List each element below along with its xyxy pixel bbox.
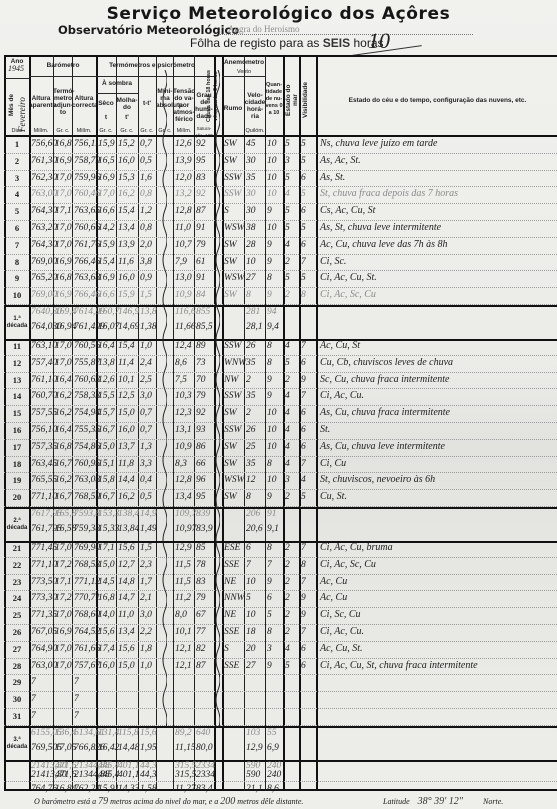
- cell-vel: 26: [246, 425, 256, 435]
- wet-header: Molha-do: [116, 97, 138, 111]
- cell-dry: 12,6: [98, 375, 115, 385]
- cell-diff: 2,0: [140, 240, 152, 250]
- day-number: 1: [6, 139, 28, 149]
- cell-hum: 89: [196, 341, 206, 351]
- day-number: 15: [6, 408, 28, 418]
- cell-vel: 10: [246, 610, 256, 620]
- cell-cl: 9: [267, 577, 272, 587]
- summary-mean-vel: 20,6: [246, 524, 263, 534]
- cell-wet: 15,9: [118, 290, 135, 300]
- cell-sea: 2: [285, 577, 290, 587]
- summary-mean-vel: 28,1: [246, 322, 263, 332]
- barometer-note-text: O barómetro está a: [34, 797, 96, 806]
- cell-cl: 10: [267, 139, 277, 149]
- day-number: 31: [6, 711, 28, 721]
- cell-bt: 17,0: [55, 610, 72, 620]
- cell-sea: 5: [285, 223, 290, 233]
- remarks-cell: As, Ac, St.: [320, 155, 361, 166]
- cell-wet: 16,2: [118, 492, 135, 502]
- cell-vel: 6: [246, 543, 251, 553]
- day-number: 28: [6, 661, 28, 671]
- cell-hum: 96: [196, 475, 206, 485]
- cell-vis: 6: [301, 408, 306, 418]
- cell-dry: 15,0: [98, 560, 115, 570]
- summary-mean-diff: 1,49: [140, 524, 157, 534]
- cell-bt: 17,1: [55, 206, 72, 216]
- cell-diff: 0,9: [140, 273, 152, 283]
- cell-vis: 9: [301, 610, 306, 620]
- cell-bc: 754,94: [74, 408, 100, 418]
- cell-sea: 2: [285, 627, 290, 637]
- cell-bc: 769,90: [74, 543, 100, 553]
- cell-dir: SW: [224, 492, 237, 502]
- cell-cl: 9: [267, 375, 272, 385]
- summary-sum-hum: 839: [196, 509, 210, 519]
- dry-header: Sêco: [96, 100, 116, 107]
- cell-wet: 13,4: [118, 627, 135, 637]
- cell-vis: 7: [301, 627, 306, 637]
- cell-cl: 8: [267, 459, 272, 469]
- cell-bt: 17,0: [55, 173, 72, 183]
- cell-bc: 761,76: [74, 240, 100, 250]
- cell-sea: 4: [285, 459, 290, 469]
- cell-vel: 2: [246, 408, 251, 418]
- day-number: 7: [6, 240, 28, 250]
- cell-vis: 8: [301, 560, 306, 570]
- cell-vis: 7: [301, 543, 306, 553]
- cell-hum: 92: [196, 139, 206, 149]
- cell-dry: 16,6: [98, 206, 115, 216]
- cell-diff: 1,5: [140, 543, 152, 553]
- cell-cl: 9: [267, 492, 272, 502]
- cell-hum: 73: [196, 358, 206, 368]
- cell-vis: 5: [301, 223, 306, 233]
- cell-sea: 5: [285, 173, 290, 183]
- cell-hum: 86: [196, 442, 206, 452]
- cell-dir: WSW: [224, 223, 245, 233]
- cell-baro: 769,00: [31, 290, 57, 300]
- cell-dir: SW: [224, 408, 237, 418]
- day-number: 11: [6, 341, 28, 351]
- cell-vel: 45: [246, 139, 256, 149]
- cell-diff: 2,2: [140, 627, 152, 637]
- cell-vap: 13,9: [175, 156, 192, 166]
- cell-vis: 6: [301, 442, 306, 452]
- day-number: 22: [6, 560, 28, 570]
- cell-dir: SW: [224, 139, 237, 149]
- cell-vap: 11,5: [175, 560, 191, 570]
- cell-wet: 13,9: [118, 240, 135, 250]
- cell-hum: 83: [196, 577, 206, 587]
- cell-vap: 11,0: [175, 223, 191, 233]
- cell-dry: 15,0: [98, 442, 115, 452]
- day-number: 18: [6, 459, 28, 469]
- cell-baro: 7: [31, 711, 36, 721]
- cell-hum: 87: [196, 661, 206, 671]
- remarks-cell: Sc, Cu, chuva fraca intermitente: [320, 374, 449, 385]
- cell-dry: 16,9: [98, 273, 115, 283]
- remarks-cell: St, chuva fraca depois das 7 horas: [320, 188, 458, 199]
- barometer-distance: 200: [220, 796, 235, 807]
- cell-bt: 16,2: [55, 391, 72, 401]
- cell-hum: 95: [196, 492, 206, 502]
- cell-wet: 15,2: [118, 139, 135, 149]
- day-number: 9: [6, 273, 28, 283]
- month-mean-cl: 8,6: [267, 784, 279, 794]
- remarks-cell: As, Cu, chuva leve intermitente: [320, 441, 445, 452]
- cell-wet: 10,1: [118, 375, 135, 385]
- cell-sea: 5: [285, 273, 290, 283]
- cell-bc: 770,71: [74, 593, 100, 603]
- cell-dir: SSW: [224, 173, 241, 183]
- cell-hum: 66: [196, 459, 206, 469]
- cell-bt: 17,0: [55, 543, 72, 553]
- cell-wet: 11,6: [118, 257, 134, 267]
- header-divider: [96, 93, 138, 94]
- cell-dir: SSE: [224, 627, 239, 637]
- thermometers-header: Termómetros e psicrómetro: [97, 62, 207, 69]
- cell-vis: 6: [301, 358, 306, 368]
- summary-sum-vel: 281: [246, 307, 260, 317]
- cell-cl: 9: [267, 290, 272, 300]
- cell-vap: 12,8: [175, 475, 192, 485]
- cell-wet: 13,7: [118, 442, 135, 452]
- cell-vis: 6: [301, 206, 306, 216]
- shade-header: À sombra: [96, 80, 138, 87]
- summary-sum-vap: 116,6: [175, 307, 196, 317]
- remarks-cell: Cu, Cb, chuviscos leves de chuva: [320, 357, 453, 368]
- cell-baro: 761,30: [31, 156, 57, 166]
- cell-diff: 0,7: [140, 425, 152, 435]
- cell-sea: 4: [285, 425, 290, 435]
- cell-vap: 12,8: [175, 206, 192, 216]
- cell-wet: 16,2: [118, 189, 135, 199]
- remarks-cell: Cs, Ac, Cu, St: [320, 205, 375, 216]
- cell-vel: 28: [246, 240, 256, 250]
- cell-sea: 4: [285, 189, 290, 199]
- cell-cl: 10: [267, 173, 277, 183]
- cell-diff: 1,6: [140, 173, 152, 183]
- cell-bt: 17,0: [55, 644, 72, 654]
- cell-wet: 11,8: [118, 459, 134, 469]
- cell-bc: 758,79: [74, 156, 100, 166]
- summary-sum-vel: 103: [246, 728, 260, 738]
- cell-vap: 12,4: [175, 341, 192, 351]
- unit-gc: Gr. c.: [116, 128, 138, 135]
- cell-baro: 763,10: [31, 341, 57, 351]
- barometer-header: Barómetro: [30, 62, 96, 69]
- summary-mean-cl: 9,4: [267, 322, 279, 332]
- cell-vis: 9: [301, 375, 306, 385]
- cell-vel: 35: [246, 391, 256, 401]
- cell-diff: 1,8: [140, 644, 152, 654]
- summary-mean-wet: 14,48: [118, 743, 139, 753]
- cell-wet: 15,4: [118, 206, 135, 216]
- month-mean-baro: 764,76: [31, 784, 57, 794]
- cell-diff: 0,5: [140, 156, 152, 166]
- cell-dir: SSE: [224, 661, 239, 671]
- cell-dir: SW: [224, 442, 237, 452]
- month-mean-bc: 762,24: [74, 784, 100, 794]
- cell-vel: 35: [246, 173, 256, 183]
- cell-vap: 10,3: [175, 391, 192, 401]
- day-number: 17: [6, 442, 28, 452]
- cell-baro: 769,00: [31, 257, 57, 267]
- cell-sea: 4: [285, 341, 290, 351]
- cell-baro: 756,60: [31, 139, 57, 149]
- cell-baro: 7: [31, 677, 36, 687]
- cell-sea: 3: [285, 475, 290, 485]
- latitude-suffix: Norte.: [483, 797, 503, 806]
- dry-symbol: t: [96, 114, 116, 121]
- summary-sum-hum: 640: [196, 728, 210, 738]
- cell-sea: 2: [285, 257, 290, 267]
- cell-vel: 10: [246, 257, 256, 267]
- summary-mean-diff: 1,95: [140, 743, 157, 753]
- cell-baro: 7: [31, 694, 36, 704]
- cell-vap: 7,9: [175, 257, 187, 267]
- cell-baro: 757,40: [31, 358, 57, 368]
- year-value: 1945: [8, 64, 24, 73]
- cell-sea: 2: [285, 290, 290, 300]
- cell-vap: 7,5: [175, 375, 187, 385]
- cell-vis: 6: [301, 661, 306, 671]
- cell-hum: 85: [196, 543, 206, 553]
- cell-dry: 14,0: [98, 610, 115, 620]
- cell-dir: SSE: [224, 560, 239, 570]
- cell-bt: 17,0: [55, 358, 72, 368]
- cell-sea: 5: [285, 358, 290, 368]
- cell-vis: 5: [301, 492, 306, 502]
- cell-vap: 12,1: [175, 644, 192, 654]
- cell-wet: 14,7: [118, 593, 135, 603]
- cell-vap: 8,6: [175, 358, 187, 368]
- cell-dry: 16,9: [98, 173, 115, 183]
- cell-vis: 6: [301, 173, 306, 183]
- summary-sum-wet: 115,8: [118, 728, 139, 738]
- cell-baro: 773,50: [31, 577, 57, 587]
- cell-hum: 61: [196, 257, 206, 267]
- total-sum-diff: 44,3: [140, 770, 157, 780]
- cell-baro: 771,10: [31, 560, 57, 570]
- cell-diff: 3,0: [140, 610, 152, 620]
- cell-diff: 2,3: [140, 560, 152, 570]
- remarks-cell: Ac, Cu: [320, 592, 347, 603]
- cell-diff: 1,2: [140, 206, 152, 216]
- cell-bc: 763,68: [74, 273, 100, 283]
- cell-vel: 38: [246, 223, 256, 233]
- cell-cl: 8: [267, 627, 272, 637]
- cell-cl: 10: [267, 425, 277, 435]
- observatory-label: Observatório Meteorológico: [58, 23, 239, 37]
- observatory-line: [220, 34, 473, 35]
- cell-diff: 3,0: [140, 391, 152, 401]
- cell-vis: 6: [301, 425, 306, 435]
- summary-sum-cl: 91: [267, 509, 277, 519]
- cell-diff: 2,1: [140, 593, 152, 603]
- table-row: [5, 709, 557, 726]
- cell-bc: 759,96: [74, 173, 100, 183]
- summary-mean-diff: 1,38: [140, 322, 157, 332]
- cell-dir: S: [224, 644, 229, 654]
- month-mean-wet: 14,33: [118, 784, 139, 794]
- cell-cl: 10: [267, 408, 277, 418]
- latitude-label: Latitude: [383, 797, 410, 806]
- cell-sea: 4: [285, 391, 290, 401]
- remarks-cell: Ci, Ac, Sc, Cu: [320, 559, 376, 570]
- cell-bt: 16,2: [55, 408, 72, 418]
- cell-diff: 0,4: [140, 475, 152, 485]
- cell-wet: 13,4: [118, 223, 135, 233]
- cell-cl: 5: [267, 610, 272, 620]
- summary-sum-diff: 13,8: [140, 307, 157, 317]
- cell-bt: 17,0: [55, 661, 72, 671]
- cell-vel: 30: [246, 206, 256, 216]
- cell-bt: 17,0: [55, 240, 72, 250]
- cell-dir: SW: [224, 290, 237, 300]
- cell-baro: 773,30: [31, 593, 57, 603]
- cell-sea: 5: [285, 661, 290, 671]
- decade-label: 3.ª década: [5, 737, 29, 751]
- day-number: 5: [6, 206, 28, 216]
- remarks-cell: Ns, chuva leve juízo em tarde: [320, 138, 437, 149]
- baro-altura-correcta-header: Altura correcta: [72, 95, 96, 109]
- cell-sea: 2: [285, 610, 290, 620]
- month-mean-hum: 83,4: [196, 784, 213, 794]
- cell-dry: 15,9: [98, 240, 115, 250]
- latitude-value: 38° 39' 12": [418, 796, 463, 807]
- cell-hum: 78: [196, 560, 206, 570]
- cell-vis: 5: [301, 156, 306, 166]
- pencil-strike-line: [161, 70, 167, 726]
- cell-dry: 16,5: [98, 156, 115, 166]
- cell-dry: 15,1: [98, 459, 115, 469]
- cell-vis: 6: [301, 644, 306, 654]
- cell-vel: 7: [246, 560, 251, 570]
- page-title: Serviço Meteorológico dos Açôres: [0, 4, 557, 24]
- cell-bc: 756,11: [74, 139, 99, 149]
- cell-wet: 16,0: [118, 273, 135, 283]
- vapour-header: Tensão do va-por atmos-férico: [173, 88, 195, 123]
- cell-bt: 17,0: [55, 223, 72, 233]
- cell-cl: 9: [267, 240, 272, 250]
- cell-diff: 1,3: [140, 442, 152, 452]
- day-number: 19: [6, 475, 28, 485]
- unit-mm: Milím.: [72, 128, 96, 135]
- register-sheet: Serviço Meteorológico dos Açôres Observa…: [0, 0, 557, 809]
- unit-mm: Milím.: [29, 128, 53, 135]
- cell-dir: SW: [224, 156, 237, 166]
- cell-baro: 760,70: [31, 391, 57, 401]
- cell-bc: 755,87: [74, 358, 100, 368]
- cell-cl: 9: [267, 257, 272, 267]
- cell-hum: 92: [196, 189, 206, 199]
- remarks-cell: Ci, Ac, Cu.: [320, 390, 364, 401]
- row-rule: [4, 781, 557, 782]
- cell-wet: 15,6: [118, 644, 135, 654]
- summary-mean-vel: 12,9: [246, 743, 263, 753]
- velocity-header: Velo-cidade horá-ria: [244, 92, 266, 120]
- cell-bc: 763,08: [74, 475, 100, 485]
- remarks-cell: Ci, Cu: [320, 458, 346, 469]
- cell-dry: 14,5: [98, 577, 115, 587]
- cell-wet: 12,5: [118, 391, 135, 401]
- cell-dry: 16,7: [98, 492, 115, 502]
- day-number: 25: [6, 610, 28, 620]
- unit-km: Quilóm.: [244, 128, 266, 135]
- remarks-cell: St, chuviscos, nevoeiro às 6h: [320, 474, 435, 485]
- cell-bc: 768,53: [74, 560, 100, 570]
- cell-vap: 13,1: [175, 425, 192, 435]
- day-number: 30: [6, 694, 28, 704]
- day-number: 10: [6, 290, 28, 300]
- cell-diff: 0,8: [140, 223, 152, 233]
- cell-vis: 9: [301, 593, 306, 603]
- cell-diff: 2,4: [140, 358, 152, 368]
- day-number: 23: [6, 577, 28, 587]
- cell-bt: 16,9: [55, 627, 72, 637]
- cell-vel: 30: [246, 156, 256, 166]
- cell-diff: 1,5: [140, 290, 152, 300]
- cell-vap: 10,9: [175, 290, 192, 300]
- cell-cl: 10: [267, 223, 277, 233]
- cell-sea: 2: [285, 492, 290, 502]
- cell-diff: 1,0: [140, 661, 152, 671]
- cloud-qty-header: Quan-tidade de nu-vens 0 a 10: [265, 82, 283, 117]
- cell-vel: 18: [246, 627, 256, 637]
- latitude-note: Latitude 38° 39' 12" Norte.: [383, 796, 503, 807]
- sheet-number: 10: [368, 28, 390, 54]
- cell-bc: 758,33: [74, 391, 100, 401]
- cell-sea: 2: [285, 593, 290, 603]
- pencil-strike-line: [214, 70, 220, 726]
- cell-bc: 7: [74, 694, 79, 704]
- cell-vis: 5: [301, 139, 306, 149]
- cell-bc: 7: [74, 677, 79, 687]
- cell-vel: 12: [246, 475, 256, 485]
- cell-vap: 13,0: [175, 273, 192, 283]
- day-number: 20: [6, 492, 28, 502]
- total-sum-vap: 315,5: [175, 770, 196, 780]
- cell-vis: 7: [301, 257, 306, 267]
- cell-diff: 0,8: [140, 189, 152, 199]
- remarks-cell: Ac, Cu, St.: [320, 643, 363, 654]
- cell-baro: 763,00: [31, 661, 57, 671]
- cell-wet: 15,6: [118, 543, 135, 553]
- table-row: [5, 692, 557, 709]
- cell-vel: 5: [246, 593, 251, 603]
- cell-vap: 10,7: [175, 240, 192, 250]
- cell-sea: 3: [285, 156, 290, 166]
- visibility-header: Visibilidade: [302, 80, 312, 120]
- summary-sum-bc: 7593,8: [74, 509, 100, 519]
- cell-diff: 1,0: [140, 341, 152, 351]
- cell-vap: 12,9: [175, 543, 192, 553]
- cell-sea: 4: [285, 442, 290, 452]
- cell-diff: 0,7: [140, 139, 152, 149]
- day-number: 2: [6, 156, 28, 166]
- day-number: 14: [6, 391, 28, 401]
- unit-mm: Milím.: [173, 128, 195, 135]
- cell-vap: 12,0: [175, 173, 192, 183]
- month-value: Fevereiro: [17, 80, 27, 132]
- month-mean-dry: 15,91: [98, 784, 119, 794]
- day-number: 26: [6, 627, 28, 637]
- summary-mean-dry: 15,33: [98, 524, 119, 534]
- decade-label: 2.ª década: [5, 518, 29, 532]
- summary-sum-vap: 89,2: [175, 728, 192, 738]
- cell-dry: 15,9: [98, 139, 115, 149]
